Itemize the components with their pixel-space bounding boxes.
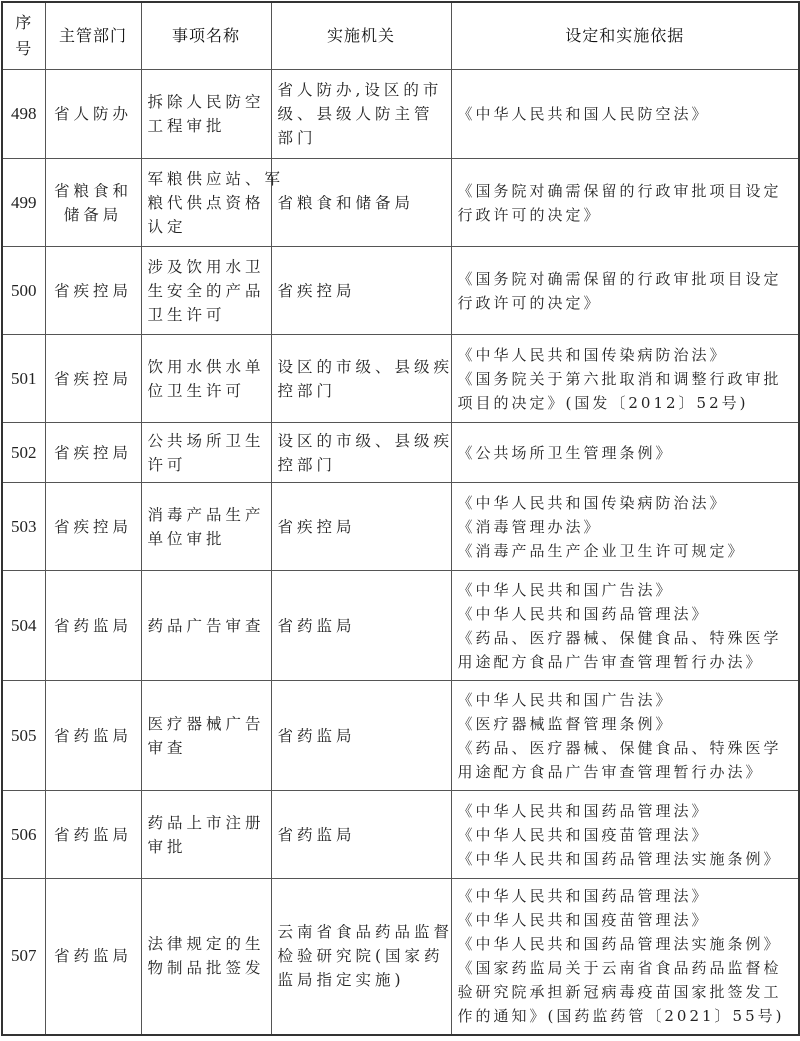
cell-basis-line: 《中华人民共和国药品管理法》 [458, 799, 795, 823]
header-seq-line: 号 [3, 36, 45, 62]
cell-department: 省疾控局 [45, 423, 141, 483]
cell-item-name: 法律规定的生物制品批签发 [141, 879, 271, 1035]
cell-basis: 《中华人民共和国药品管理法》《中华人民共和国疫苗管理法》《中华人民共和国药品管理… [451, 791, 799, 879]
cell-basis-line: 《中华人民共和国药品管理法实施条例》 [458, 847, 795, 871]
cell-department: 省药监局 [45, 571, 141, 681]
cell-department-line: 省疾控局 [50, 279, 137, 303]
cell-item-name-line: 医疗器械广告 [148, 712, 265, 736]
cell-agency: 省药监局 [271, 571, 451, 681]
header-department: 主管部门 [45, 2, 141, 70]
table-row: 503省疾控局消毒产品生产单位审批省疾控局《中华人民共和国传染病防治法》《消毒管… [2, 483, 799, 571]
cell-basis-line: 《消毒管理办法》 [458, 515, 795, 539]
cell-item-name-line: 涉及饮用水卫 [148, 255, 265, 279]
cell-item-name-line: 饮用水供水单 [148, 355, 265, 379]
cell-basis: 《中华人民共和国药品管理法》《中华人民共和国疫苗管理法》《中华人民共和国药品管理… [451, 879, 799, 1035]
cell-basis-line: 《中华人民共和国人民防空法》 [458, 102, 795, 126]
cell-agency-line: 级、县级人防主管 [278, 102, 445, 126]
cell-item-name-line: 公共场所卫生 [148, 429, 265, 453]
header-item-name: 事项名称 [141, 2, 271, 70]
cell-item-name: 军粮供应站、军粮代供点资格认定 [141, 159, 271, 247]
cell-item-name-line: 物制品批签发 [148, 956, 265, 980]
cell-basis: 《中华人民共和国人民防空法》 [451, 70, 799, 159]
cell-basis-line: 《中华人民共和国传染病防治法》 [458, 343, 795, 367]
cell-basis: 《国务院对确需保留的行政审批项目设定行政许可的决定》 [451, 247, 799, 335]
cell-agency-line: 云南省食品药品监督 [278, 920, 445, 944]
cell-basis-line: 《国务院对确需保留的行政审批项目设定 [458, 179, 795, 203]
cell-item-name-line: 药品上市注册 [148, 811, 265, 835]
cell-basis-line: 《国务院关于第六批取消和调整行政审批 [458, 367, 795, 391]
cell-item-name: 药品广告审查 [141, 571, 271, 681]
cell-department: 省人防办 [45, 70, 141, 159]
table-row: 501省疾控局饮用水供水单位卫生许可设区的市级、县级疾控部门《中华人民共和国传染… [2, 335, 799, 423]
cell-basis-line: 用途配方食品广告审查管理暂行办法》 [458, 650, 795, 674]
cell-basis-line: 行政许可的决定》 [458, 203, 795, 227]
cell-basis-line: 《中华人民共和国疫苗管理法》 [458, 908, 795, 932]
cell-basis-line: 《中华人民共和国传染病防治法》 [458, 491, 795, 515]
cell-agency: 设区的市级、县级疾控部门 [271, 335, 451, 423]
cell-department: 省疾控局 [45, 335, 141, 423]
cell-agency-line: 控部门 [278, 453, 445, 477]
cell-agency: 省药监局 [271, 791, 451, 879]
cell-seq-number: 498 [2, 70, 45, 159]
header-agency: 实施机关 [271, 2, 451, 70]
cell-item-name-line: 粮代供点资格 [148, 191, 265, 215]
table-row: 499省粮食和储备局军粮供应站、军粮代供点资格认定省粮食和储备局《国务院对确需保… [2, 159, 799, 247]
cell-item-name: 消毒产品生产单位审批 [141, 483, 271, 571]
cell-item-name: 药品上市注册审批 [141, 791, 271, 879]
table-row: 506省药监局药品上市注册审批省药监局《中华人民共和国药品管理法》《中华人民共和… [2, 791, 799, 879]
cell-agency-line: 省疾控局 [278, 515, 445, 539]
cell-department: 省药监局 [45, 879, 141, 1035]
cell-basis: 《中华人民共和国广告法》《医疗器械监督管理条例》《药品、医疗器械、保健食品、特殊… [451, 681, 799, 791]
cell-seq-number: 504 [2, 571, 45, 681]
header-seq-line: 序 [3, 10, 45, 36]
cell-department: 省粮食和储备局 [45, 159, 141, 247]
cell-department: 省药监局 [45, 681, 141, 791]
cell-agency: 云南省食品药品监督检验研究院(国家药监局指定实施) [271, 879, 451, 1035]
cell-basis-line: 《国务院对确需保留的行政审批项目设定 [458, 267, 795, 291]
table-header-row: 序 号 主管部门 事项名称 实施机关 设定和实施依据 [2, 2, 799, 70]
cell-basis: 《公共场所卫生管理条例》 [451, 423, 799, 483]
cell-item-name: 饮用水供水单位卫生许可 [141, 335, 271, 423]
table-row: 505省药监局医疗器械广告审查省药监局《中华人民共和国广告法》《医疗器械监督管理… [2, 681, 799, 791]
cell-agency-line: 设区的市级、县级疾 [278, 355, 445, 379]
cell-agency-line: 省粮食和储备局 [278, 191, 445, 215]
cell-department-line: 省疾控局 [50, 515, 137, 539]
cell-department-line: 省人防办 [50, 102, 137, 126]
cell-item-name: 涉及饮用水卫生安全的产品卫生许可 [141, 247, 271, 335]
table-row: 500省疾控局涉及饮用水卫生安全的产品卫生许可省疾控局《国务院对确需保留的行政审… [2, 247, 799, 335]
cell-basis: 《中华人民共和国广告法》《中华人民共和国药品管理法》《药品、医疗器械、保健食品、… [451, 571, 799, 681]
cell-seq-number: 500 [2, 247, 45, 335]
table-row: 498省人防办拆除人民防空工程审批省人防办,设区的市级、县级人防主管部门《中华人… [2, 70, 799, 159]
cell-department-line: 省药监局 [50, 823, 137, 847]
cell-item-name-line: 消毒产品生产 [148, 503, 265, 527]
cell-item-name-line: 审查 [148, 736, 265, 760]
cell-item-name-line: 生安全的产品 [148, 279, 265, 303]
cell-item-name-line: 法律规定的生 [148, 932, 265, 956]
cell-basis-line: 用途配方食品广告审查管理暂行办法》 [458, 760, 795, 784]
cell-agency-line: 省人防办,设区的市 [278, 78, 445, 102]
cell-agency-line: 部门 [278, 126, 445, 150]
cell-department-line: 省疾控局 [50, 367, 137, 391]
cell-item-name: 公共场所卫生许可 [141, 423, 271, 483]
cell-agency-line: 设区的市级、县级疾 [278, 429, 445, 453]
cell-department-line: 省药监局 [50, 944, 137, 968]
cell-item-name-line: 工程审批 [148, 114, 265, 138]
cell-basis-line: 《中华人民共和国广告法》 [458, 578, 795, 602]
cell-basis: 《中华人民共和国传染病防治法》《国务院关于第六批取消和调整行政审批项目的决定》(… [451, 335, 799, 423]
cell-basis-line: 《药品、医疗器械、保健食品、特殊医学 [458, 626, 795, 650]
cell-item-name-line: 军粮供应站、军 [148, 167, 265, 191]
cell-basis-line: 《中华人民共和国广告法》 [458, 688, 795, 712]
cell-department-line: 省药监局 [50, 724, 137, 748]
cell-item-name-line: 拆除人民防空 [148, 90, 265, 114]
cell-basis-line: 行政许可的决定》 [458, 291, 795, 315]
cell-basis-line: 《中华人民共和国药品管理法实施条例》 [458, 932, 795, 956]
cell-department: 省药监局 [45, 791, 141, 879]
cell-basis-line: 《药品、医疗器械、保健食品、特殊医学 [458, 736, 795, 760]
cell-item-name: 拆除人民防空工程审批 [141, 70, 271, 159]
cell-agency-line: 控部门 [278, 379, 445, 403]
cell-basis-line: 《国家药监局关于云南省食品药品监督检 [458, 956, 795, 980]
cell-agency: 设区的市级、县级疾控部门 [271, 423, 451, 483]
table-row: 502省疾控局公共场所卫生许可设区的市级、县级疾控部门《公共场所卫生管理条例》 [2, 423, 799, 483]
cell-department-line: 省疾控局 [50, 441, 137, 465]
cell-item-name: 医疗器械广告审查 [141, 681, 271, 791]
cell-seq-number: 503 [2, 483, 45, 571]
cell-item-name-line: 认定 [148, 215, 265, 239]
header-basis: 设定和实施依据 [451, 2, 799, 70]
cell-basis-line: 《医疗器械监督管理条例》 [458, 712, 795, 736]
cell-seq-number: 506 [2, 791, 45, 879]
cell-basis-line: 作的通知》(国药监药管〔2021〕55号) [458, 1004, 795, 1028]
cell-agency: 省疾控局 [271, 483, 451, 571]
cell-seq-number: 502 [2, 423, 45, 483]
cell-basis-line: 项目的决定》(国发〔2012〕52号) [458, 391, 795, 415]
cell-department-line: 省药监局 [50, 614, 137, 638]
cell-agency-line: 检验研究院(国家药 [278, 944, 445, 968]
cell-agency: 省药监局 [271, 681, 451, 791]
cell-item-name-line: 卫生许可 [148, 303, 265, 327]
cell-basis: 《中华人民共和国传染病防治法》《消毒管理办法》《消毒产品生产企业卫生许可规定》 [451, 483, 799, 571]
cell-agency: 省人防办,设区的市级、县级人防主管部门 [271, 70, 451, 159]
cell-agency-line: 省药监局 [278, 724, 445, 748]
cell-basis-line: 《公共场所卫生管理条例》 [458, 441, 795, 465]
cell-agency-line: 监局指定实施) [278, 968, 445, 992]
cell-basis-line: 《消毒产品生产企业卫生许可规定》 [458, 539, 795, 563]
cell-basis-line: 验研究院承担新冠病毒疫苗国家批签发工 [458, 980, 795, 1004]
cell-agency-line: 省药监局 [278, 614, 445, 638]
cell-agency: 省粮食和储备局 [271, 159, 451, 247]
cell-basis-line: 《中华人民共和国药品管理法》 [458, 884, 795, 908]
cell-item-name-line: 单位审批 [148, 527, 265, 551]
approval-items-table: 序 号 主管部门 事项名称 实施机关 设定和实施依据 498省人防办拆除人民防空… [1, 1, 800, 1036]
cell-agency-line: 省药监局 [278, 823, 445, 847]
cell-department: 省疾控局 [45, 247, 141, 335]
cell-basis-line: 《中华人民共和国疫苗管理法》 [458, 823, 795, 847]
table-row: 507省药监局法律规定的生物制品批签发云南省食品药品监督检验研究院(国家药监局指… [2, 879, 799, 1035]
cell-item-name-line: 审批 [148, 835, 265, 859]
cell-department: 省疾控局 [45, 483, 141, 571]
cell-seq-number: 501 [2, 335, 45, 423]
cell-item-name-line: 药品广告审查 [148, 614, 265, 638]
cell-department-line: 省粮食和 [50, 179, 137, 203]
cell-seq-number: 499 [2, 159, 45, 247]
table-row: 504省药监局药品广告审查省药监局《中华人民共和国广告法》《中华人民共和国药品管… [2, 571, 799, 681]
cell-agency-line: 省疾控局 [278, 279, 445, 303]
cell-item-name-line: 位卫生许可 [148, 379, 265, 403]
cell-agency: 省疾控局 [271, 247, 451, 335]
cell-basis: 《国务院对确需保留的行政审批项目设定行政许可的决定》 [451, 159, 799, 247]
header-seq: 序 号 [2, 2, 45, 70]
cell-seq-number: 507 [2, 879, 45, 1035]
cell-seq-number: 505 [2, 681, 45, 791]
cell-basis-line: 《中华人民共和国药品管理法》 [458, 602, 795, 626]
cell-department-line: 储备局 [50, 203, 137, 227]
cell-item-name-line: 许可 [148, 453, 265, 477]
